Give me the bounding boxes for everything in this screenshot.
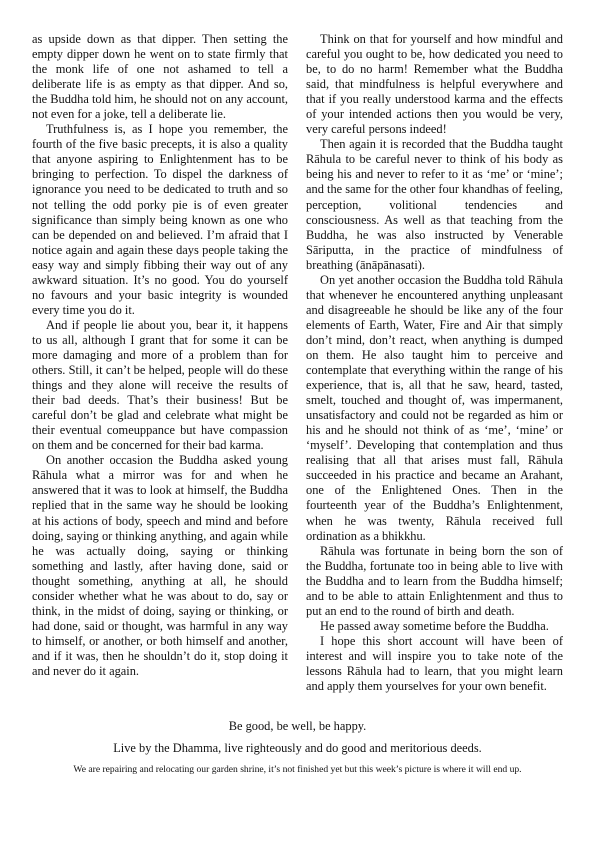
paragraph: He passed away sometime before the Buddh…	[306, 619, 563, 634]
footer-blessing: Be good, be well, be happy.	[0, 719, 595, 734]
paragraph: I hope this short account will have been…	[306, 634, 563, 694]
paragraph: On another occasion the Buddha asked you…	[32, 453, 288, 679]
paragraph: And if people lie about you, bear it, it…	[32, 318, 288, 453]
paragraph: Think on that for yourself and how mindf…	[306, 32, 563, 137]
paragraph: Then again it is recorded that the Buddh…	[306, 137, 563, 272]
right-column: Think on that for yourself and how mindf…	[306, 32, 563, 694]
paragraph: Rāhula was fortunate in being born the s…	[306, 544, 563, 619]
paragraph: Truthfulness is, as I hope you remember,…	[32, 122, 288, 318]
paragraph: On yet another occasion the Buddha told …	[306, 273, 563, 544]
left-column: as upside down as that dipper. Then sett…	[32, 32, 288, 679]
footer-exhortation: Live by the Dhamma, live righteously and…	[0, 741, 595, 756]
paragraph: as upside down as that dipper. Then sett…	[32, 32, 288, 122]
footer-note: We are repairing and relocating our gard…	[0, 764, 595, 775]
